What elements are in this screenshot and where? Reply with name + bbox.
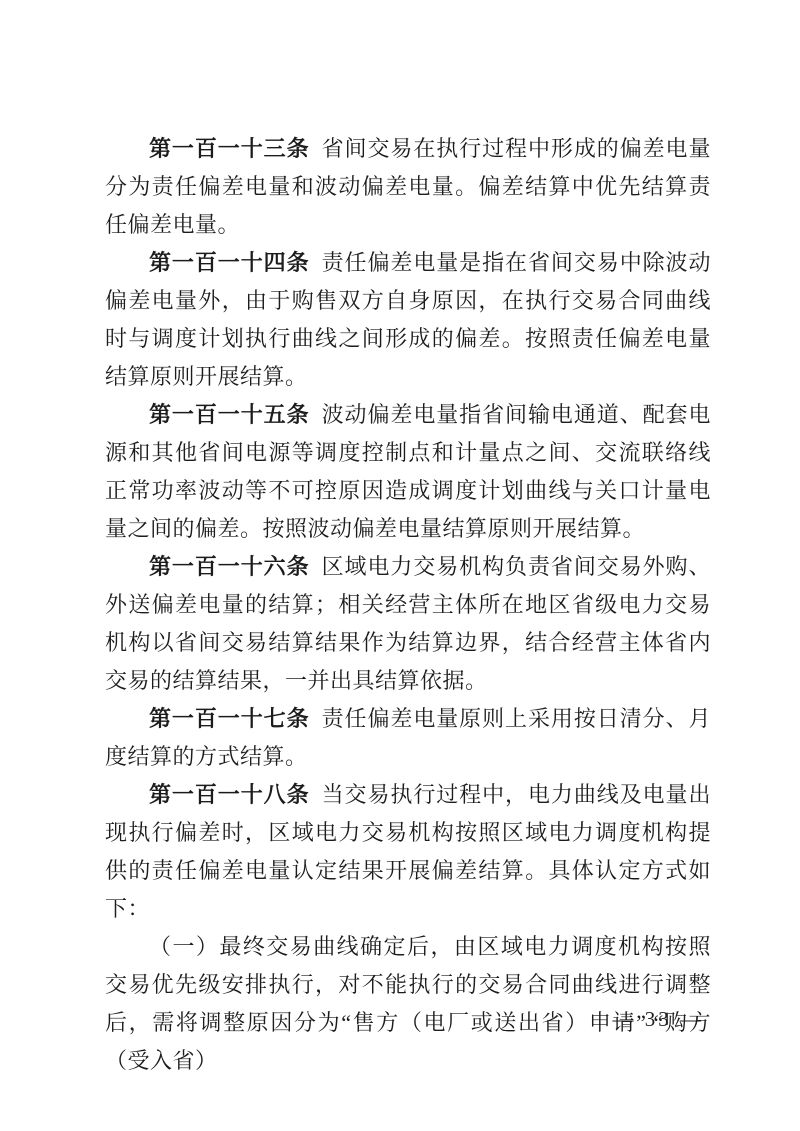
article-115-number: 第一百一十五条 [149,402,310,427]
document-body: 第一百一十三条省间交易在执行过程中形成的偏差电量分为责任偏差电量和波动偏差电量。… [105,130,711,1080]
article-113-paragraph: 第一百一十三条省间交易在执行过程中形成的偏差电量分为责任偏差电量和波动偏差电量。… [105,130,711,244]
clause-1-paragraph: （一）最终交易曲线确定后，由区域电力调度机构按照交易优先级安排执行，对不能执行的… [105,928,711,1080]
article-114-paragraph: 第一百一十四条责任偏差电量是指在省间交易中除波动偏差电量外，由于购售双方自身原因… [105,244,711,396]
article-116-paragraph: 第一百一十六条区域电力交易机构负责省间交易外购、外送偏差电量的结算；相关经营主体… [105,548,711,700]
article-117-number: 第一百一十七条 [149,706,310,731]
article-115-paragraph: 第一百一十五条波动偏差电量指省间输电通道、配套电源和其他省间电源等调度控制点和计… [105,396,711,548]
document-page: 第一百一十三条省间交易在执行过程中形成的偏差电量分为责任偏差电量和波动偏差电量。… [0,0,800,1131]
page-number: — 33 — [613,1006,705,1032]
clause-1-text: （一）最终交易曲线确定后，由区域电力调度机构按照交易优先级安排执行，对不能执行的… [105,934,711,1073]
article-117-paragraph: 第一百一十七条责任偏差电量原则上采用按日清分、月度结算的方式结算。 [105,700,711,776]
article-113-number: 第一百一十三条 [149,136,310,161]
article-114-number: 第一百一十四条 [149,250,310,275]
article-118-paragraph: 第一百一十八条当交易执行过程中，电力曲线及电量出现执行偏差时，区域电力交易机构按… [105,776,711,928]
article-116-number: 第一百一十六条 [149,554,310,579]
article-118-number: 第一百一十八条 [149,782,310,807]
